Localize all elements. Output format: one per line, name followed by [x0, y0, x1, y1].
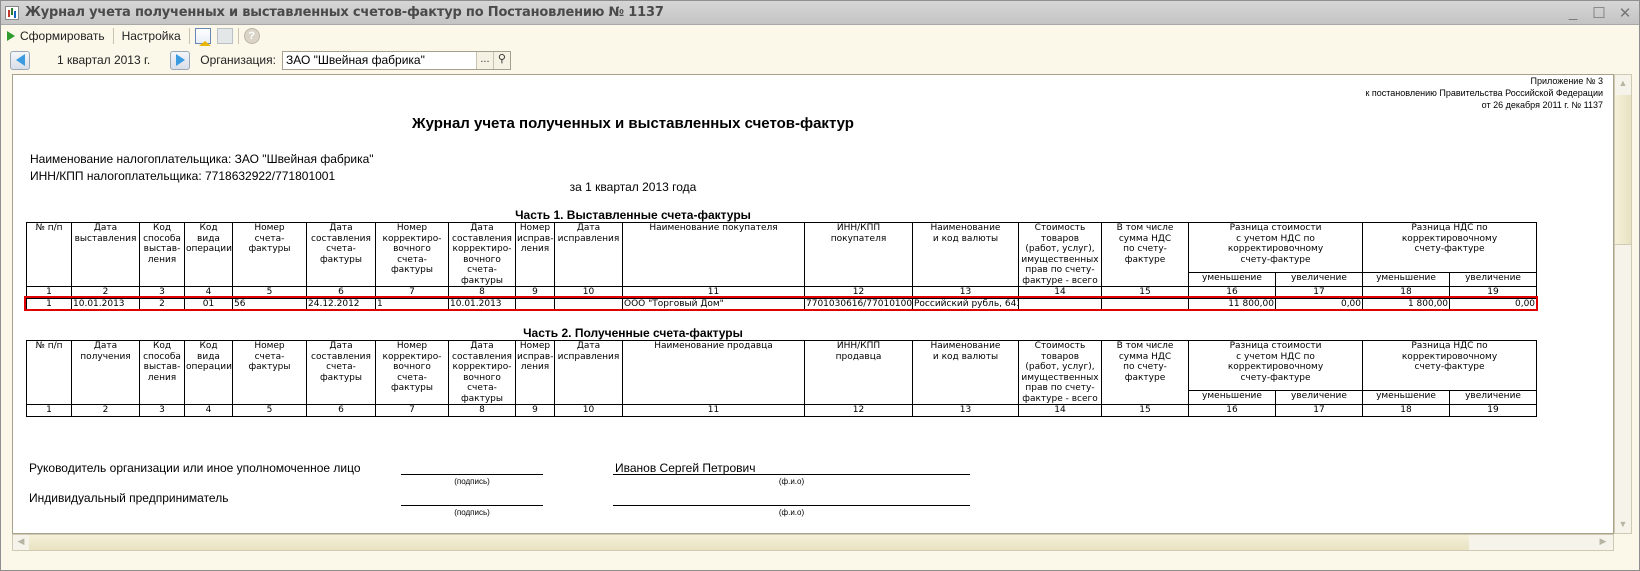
column-subheader: уменьшение	[1363, 272, 1450, 286]
column-subheader: увеличение	[1276, 390, 1363, 404]
column-header: Номер исправ- ления	[516, 223, 555, 287]
column-header: ИНН/КПП продавца	[805, 341, 913, 405]
organization-field: ... ⚲	[282, 51, 511, 70]
column-numbers-row: 12345678910111213141516171819	[27, 405, 1537, 417]
vertical-scroll-thumb[interactable]	[1615, 95, 1631, 245]
column-subheader: увеличение	[1450, 390, 1537, 404]
column-header: № п/п	[27, 341, 72, 405]
previous-period-button[interactable]	[10, 51, 30, 70]
play-icon	[7, 31, 15, 41]
window-title: Журнал учета полученных и выставленных с…	[25, 5, 664, 20]
signature-line	[401, 505, 543, 506]
column-number: 18	[1363, 287, 1450, 299]
report-window: Журнал учета полученных и выставленных с…	[0, 0, 1640, 571]
column-header: Дата составления корректиро- вочного сче…	[449, 341, 516, 405]
arrow-right-icon	[176, 54, 185, 66]
appendix-line: к постановлению Правительства Российской…	[1365, 87, 1603, 99]
column-number: 4	[185, 405, 233, 417]
appendix-line: от 26 декабря 2011 г. № 1137	[1365, 99, 1603, 111]
column-number: 8	[449, 405, 516, 417]
settings-label: Настройка	[122, 29, 181, 43]
column-header: В том числе сумма НДС по счету-фактуре	[1102, 341, 1189, 405]
table-cell[interactable]: 0,00	[1276, 298, 1363, 310]
fio-caption: (ф.и.о)	[613, 477, 970, 486]
column-header: Дата выставления	[72, 223, 140, 287]
close-button[interactable]: ✕	[1617, 4, 1633, 22]
column-number: 16	[1189, 405, 1276, 417]
column-header: Дата исправления	[555, 341, 623, 405]
entrepreneur-label: Индивидуальный предприниматель	[29, 491, 228, 505]
table-cell[interactable]	[555, 298, 623, 310]
column-number: 1	[27, 405, 72, 417]
settings-button[interactable]: Настройка	[116, 26, 187, 46]
report-icon	[5, 6, 19, 20]
column-number: 10	[555, 287, 623, 299]
column-number: 15	[1102, 405, 1189, 417]
report-period: за 1 квартал 2013 года	[13, 180, 1253, 194]
column-number: 2	[72, 405, 140, 417]
group-header: Разница стоимости с учетом НДС по коррек…	[1189, 223, 1363, 273]
column-header: Наименование продавца	[623, 341, 805, 405]
column-subheader: увеличение	[1450, 272, 1537, 286]
appendix-line: Приложение № 3	[1365, 75, 1603, 87]
group-header: Разница НДС по корректировочному счету-ф…	[1363, 223, 1537, 273]
fio-caption: (ф.и.о)	[613, 508, 970, 517]
column-number: 12	[805, 405, 913, 417]
table-cell[interactable]: 24.12.2012	[307, 298, 376, 310]
column-header: Код способа выстав- ления	[140, 341, 185, 405]
scroll-up-icon[interactable]: ▲	[1615, 78, 1631, 88]
column-subheader: уменьшение	[1189, 272, 1276, 286]
column-subheader: уменьшение	[1189, 390, 1276, 404]
fio-line	[613, 474, 970, 475]
toolbar-separator	[238, 28, 239, 44]
column-number: 18	[1363, 405, 1450, 417]
group-header: Разница стоимости с учетом НДС по коррек…	[1189, 341, 1363, 391]
group-header: Разница НДС по корректировочному счету-ф…	[1363, 341, 1537, 391]
generate-label: Сформировать	[20, 29, 105, 43]
column-header: Стоимость товаров (работ, услуг), имущес…	[1019, 223, 1102, 287]
column-header: Наименование покупателя	[623, 223, 805, 287]
table-cell[interactable]: 2	[140, 298, 185, 310]
scroll-down-icon[interactable]: ▼	[1615, 519, 1631, 529]
table-cell[interactable]: 01	[185, 298, 233, 310]
column-number: 7	[376, 405, 449, 417]
column-header: Стоимость товаров (работ, услуг), имущес…	[1019, 341, 1102, 405]
column-number: 3	[140, 287, 185, 299]
title-bar: Журнал учета полученных и выставленных с…	[1, 1, 1639, 25]
column-number: 19	[1450, 287, 1537, 299]
arrow-left-icon	[16, 54, 25, 66]
select-button[interactable]: ...	[476, 52, 493, 69]
column-number: 12	[805, 287, 913, 299]
help-icon[interactable]: ?	[244, 28, 260, 44]
column-header: Номер счета-фактуры	[233, 341, 307, 405]
table-cell[interactable]: 10.01.2013	[449, 298, 516, 310]
table-cell[interactable]: 11 800,00	[1189, 298, 1276, 310]
minimize-button[interactable]: _	[1565, 4, 1581, 22]
appendix-note: Приложение № 3 к постановлению Правитель…	[1365, 75, 1603, 111]
column-header: Дата составления счета- фактуры	[307, 341, 376, 405]
scroll-right-icon[interactable]: ▶	[1595, 536, 1611, 547]
column-number: 7	[376, 287, 449, 299]
column-number: 4	[185, 287, 233, 299]
signature-caption: (подпись)	[401, 508, 543, 517]
table-cell[interactable]: 1 800,00	[1363, 298, 1450, 310]
part2-table: № п/пДата полученияКод способа выстав- л…	[26, 340, 1537, 417]
scroll-left-icon[interactable]: ◀	[13, 536, 29, 547]
column-header: Дата составления счета- фактуры	[307, 223, 376, 287]
report-title: Журнал учета полученных и выставленных с…	[13, 115, 1253, 132]
column-header: Наименование и код валюты	[913, 341, 1019, 405]
table-cell[interactable]: 1	[376, 298, 449, 310]
table-cell[interactable]: ООО "Торговый Дом"	[623, 298, 805, 310]
column-subheader: увеличение	[1276, 272, 1363, 286]
head-name: Иванов Сергей Петрович	[615, 461, 755, 475]
column-subheader: уменьшение	[1363, 390, 1450, 404]
table-cell[interactable]: 0,00	[1450, 298, 1537, 310]
column-number: 5	[233, 287, 307, 299]
column-number: 13	[913, 287, 1019, 299]
toolbar-separator	[189, 28, 190, 44]
head-signature-label: Руководитель организации или иное уполно…	[29, 461, 361, 475]
column-header: Номер корректиро- вочного счета-фактуры	[376, 223, 449, 287]
organization-label: Организация:	[200, 53, 276, 67]
signature-line	[401, 474, 543, 475]
part1-table: № п/пДата выставленияКод способа выстав-…	[26, 222, 1537, 310]
table-cell[interactable]: 56	[233, 298, 307, 310]
column-number: 15	[1102, 287, 1189, 299]
search-icon[interactable]: ⚲	[493, 52, 510, 69]
fio-line	[613, 505, 970, 506]
organization-input[interactable]	[283, 52, 476, 69]
table-cell[interactable]	[516, 298, 555, 310]
column-header: Код способа выстав- ления	[140, 223, 185, 287]
next-period-button[interactable]	[170, 51, 190, 70]
column-number: 14	[1019, 405, 1102, 417]
table-cell[interactable]: 7701030616/770101001	[805, 298, 913, 310]
column-number: 14	[1019, 287, 1102, 299]
column-header: Дата составления корректиро- вочного сче…	[449, 223, 516, 287]
column-number: 9	[516, 405, 555, 417]
table-cell[interactable]: 1	[27, 298, 72, 310]
column-number: 13	[913, 405, 1019, 417]
column-number: 5	[233, 405, 307, 417]
report-sheet: Приложение № 3 к постановлению Правитель…	[12, 74, 1614, 534]
column-number: 10	[555, 405, 623, 417]
table-cell[interactable]	[1102, 298, 1189, 310]
toolbar: Сформировать Настройка ?	[1, 25, 1639, 47]
save-variant-icon[interactable]	[195, 28, 211, 44]
column-number: 2	[72, 287, 140, 299]
column-number: 16	[1189, 287, 1276, 299]
part1-title: Часть 1. Выставленные счета-фактуры	[13, 208, 1253, 222]
column-header: № п/п	[27, 223, 72, 287]
column-header: Номер исправ- ления	[516, 341, 555, 405]
part2-title: Часть 2. Полученные счета-фактуры	[13, 326, 1253, 340]
table-cell[interactable]: 10.01.2013	[72, 298, 140, 310]
generate-button[interactable]: Сформировать	[1, 26, 111, 46]
taxpayer-name: Наименование налогоплательщика: ЗАО "Шве…	[30, 151, 374, 168]
horizontal-scrollbar[interactable]: ◀ ▶	[12, 534, 1614, 551]
column-number: 11	[623, 405, 805, 417]
toolbar-separator	[113, 28, 114, 44]
column-number: 1	[27, 287, 72, 299]
column-header: Код вида операции	[185, 341, 233, 405]
parameters-bar: 1 квартал 2013 г. Организация: ... ⚲	[1, 47, 1639, 73]
column-header: В том числе сумма НДС по счету-фактуре	[1102, 223, 1189, 287]
column-header: Код вида операции	[185, 223, 233, 287]
column-header: Дата получения	[72, 341, 140, 405]
column-header: Номер счета-фактуры	[233, 223, 307, 287]
column-header: Наименование и код валюты	[913, 223, 1019, 287]
period-label: 1 квартал 2013 г.	[57, 53, 150, 67]
horizontal-scroll-thumb[interactable]	[29, 535, 1469, 550]
column-numbers-row: 12345678910111213141516171819	[27, 287, 1537, 299]
load-variant-icon[interactable]	[217, 28, 233, 44]
column-number: 17	[1276, 405, 1363, 417]
header-row: № п/пДата полученияКод способа выстав- л…	[27, 341, 1537, 391]
column-number: 11	[623, 287, 805, 299]
header-row: № п/пДата выставленияКод способа выстав-…	[27, 223, 1537, 273]
column-number: 9	[516, 287, 555, 299]
column-number: 6	[307, 287, 376, 299]
column-number: 6	[307, 405, 376, 417]
column-header: Номер корректиро- вочного счета-фактуры	[376, 341, 449, 405]
table-cell[interactable]	[1019, 298, 1102, 310]
vertical-scrollbar[interactable]: ▲ ▼	[1614, 74, 1632, 534]
column-header: ИНН/КПП покупателя	[805, 223, 913, 287]
signature-caption: (подпись)	[401, 477, 543, 486]
column-number: 19	[1450, 405, 1537, 417]
column-number: 8	[449, 287, 516, 299]
column-number: 17	[1276, 287, 1363, 299]
table-row[interactable]: 110.01.20132015624.12.2012110.01.2013ООО…	[27, 298, 1537, 310]
column-header: Дата исправления	[555, 223, 623, 287]
maximize-button[interactable]: ☐	[1591, 4, 1607, 22]
column-number: 3	[140, 405, 185, 417]
table-cell[interactable]: Российский рубль, 643	[913, 298, 1019, 310]
